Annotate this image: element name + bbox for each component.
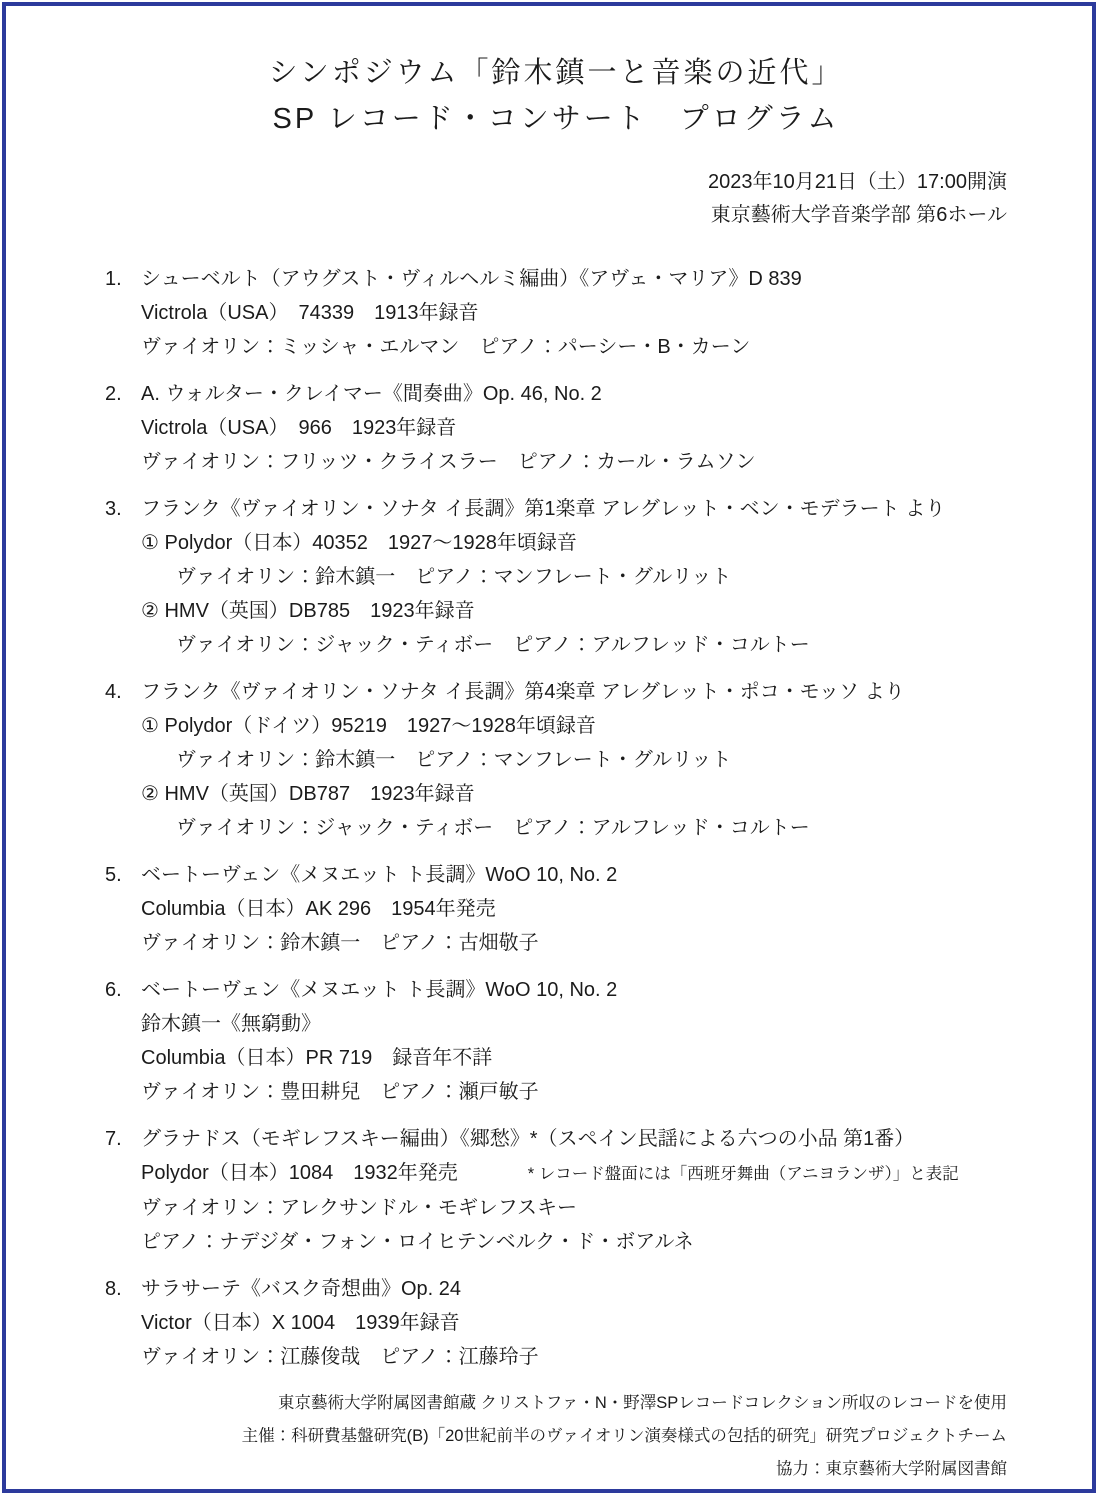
program-item-1: 1. シューベルト（アウグスト・ヴィルヘルミ編曲）《アヴェ・マリア》D 839 … [105,262,1007,364]
item-record-line-1: ① Polydor（ドイツ）95219 1927～1928年頃録音 [141,709,1007,743]
item-title: フランク《ヴァイオリン・ソナタ イ長調》第4楽章 アレグレット・ポコ・モッソ よ… [141,675,905,709]
item-title-line: 8. サラサーテ《バスク奇想曲》Op. 24 [105,1272,1007,1306]
item-record-line-2: ② HMV（英国）DB785 1923年録音 [141,594,1007,628]
document-title: シンポジウム「鈴木鎮一と音楽の近代」 SP レコード・コンサート プログラム [95,50,1017,142]
program-item-6: 6. ベートーヴェン《メヌエット ト長調》WoO 10, No. 2 鈴木鎮一《… [105,973,1007,1109]
item-number: 5. [105,858,141,892]
item-title: サラサーテ《バスク奇想曲》Op. 24 [141,1272,461,1306]
item-number: 7. [105,1122,141,1156]
program-item-4: 4. フランク《ヴァイオリン・ソナタ イ長調》第4楽章 アレグレット・ポコ・モッ… [105,675,1007,845]
footer-cooperation-note: 協力：東京藝術大学附属図書館 [105,1453,1007,1486]
program-list: 1. シューベルト（アウグスト・ヴィルヘルミ編曲）《アヴェ・マリア》D 839 … [105,262,1007,1374]
document-title-line2: SP レコード・コンサート プログラム [273,103,840,135]
item-record-line: Polydor（日本）1084 1932年発売 * レコード盤面には「西班牙舞曲… [141,1156,1007,1191]
item-title: グラナドス（モギレフスキー編曲）《郷愁》*（スペイン民謡による六つの小品 第1番… [141,1122,914,1156]
item-performers-line: ヴァイオリン：豊田耕兒 ピアノ：瀬戸敏子 [141,1075,1007,1109]
item-title: A. ウォルター・クレイマー《間奏曲》Op. 46, No. 2 [141,377,602,411]
item-performers-line-2: ヴァイオリン：ジャック・ティボー ピアノ：アルフレッド・コルトー [176,628,1007,662]
item-title: ベートーヴェン《メヌエット ト長調》WoO 10, No. 2 [141,858,617,892]
item-number: 1. [105,262,141,296]
item-subtitle-line: 鈴木鎮一《無窮動》 [141,1007,1007,1041]
item-record-line: Columbia（日本）PR 719 録音年不詳 [141,1041,1007,1075]
concert-program-page: シンポジウム「鈴木鎮一と音楽の近代」 SP レコード・コンサート プログラム 2… [0,0,1102,1500]
item-title: ベートーヴェン《メヌエット ト長調》WoO 10, No. 2 [141,973,617,1007]
program-item-8: 8. サラサーテ《バスク奇想曲》Op. 24 Victor（日本）X 1004 … [105,1272,1007,1374]
item-performers-line-1: ヴァイオリン：鈴木鎮一 ピアノ：マンフレート・グルリット [176,743,1007,777]
item-performers-line: ヴァイオリン：鈴木鎮一 ピアノ：古畑敬子 [141,926,1007,960]
item-performers-line-1: ヴァイオリン：鈴木鎮一 ピアノ：マンフレート・グルリット [176,560,1007,594]
item-performers-line: ヴァイオリン：ミッシャ・エルマン ピアノ：パーシー・B・カーン [141,330,1007,364]
item-title-line: 6. ベートーヴェン《メヌエット ト長調》WoO 10, No. 2 [105,973,1007,1007]
item-footnote: * レコード盤面には「西班牙舞曲（アニヨランザ）」と表記 [528,1157,959,1191]
item-title-line: 3. フランク《ヴァイオリン・ソナタ イ長調》第1楽章 アレグレット・ベン・モデ… [105,492,1007,526]
item-title-line: 1. シューベルト（アウグスト・ヴィルヘルミ編曲）《アヴェ・マリア》D 839 [105,262,1007,296]
program-item-3: 3. フランク《ヴァイオリン・ソナタ イ長調》第1楽章 アレグレット・ベン・モデ… [105,492,1007,662]
item-record-line: Columbia（日本）AK 296 1954年発売 [141,892,1007,926]
item-performers-line: ヴァイオリン：フリッツ・クライスラー ピアノ：カール・ラムソン [141,445,1007,479]
event-info: 2023年10月21日（土）17:00開演 東京藝術大学音楽学部 第6ホール [105,166,1007,232]
item-performers-line: ヴァイオリン：江藤俊哉 ピアノ：江藤玲子 [141,1340,1007,1374]
item-number: 8. [105,1272,141,1306]
item-number: 6. [105,973,141,1007]
program-item-2: 2. A. ウォルター・クレイマー《間奏曲》Op. 46, No. 2 Vict… [105,377,1007,479]
event-datetime: 2023年10月21日（土）17:00開演 [105,166,1007,199]
item-number: 3. [105,492,141,526]
item-performers-line-2: ヴァイオリン：ジャック・ティボー ピアノ：アルフレッド・コルトー [176,811,1007,845]
item-title: シューベルト（アウグスト・ヴィルヘルミ編曲）《アヴェ・マリア》D 839 [141,262,802,296]
item-record-line-1: ① Polydor（日本）40352 1927～1928年頃録音 [141,526,1007,560]
footer-collection-note: 東京藝術大学附属図書館蔵 クリストファ・N・野澤SPレコードコレクション所収のレ… [105,1387,1007,1420]
item-title-line: 5. ベートーヴェン《メヌエット ト長調》WoO 10, No. 2 [105,858,1007,892]
item-record-line-2: ② HMV（英国）DB787 1923年録音 [141,777,1007,811]
item-title: フランク《ヴァイオリン・ソナタ イ長調》第1楽章 アレグレット・ベン・モデラート… [141,492,945,526]
item-title-line: 7. グラナドス（モギレフスキー編曲）《郷愁》*（スペイン民謡による六つの小品 … [105,1122,1007,1156]
item-record-line: Victrola（USA） 74339 1913年録音 [141,296,1007,330]
item-piano-line: ピアノ：ナデジダ・フォン・ロイヒテンベルク・ド・ボアルネ [141,1225,1007,1259]
item-record-line: Victor（日本）X 1004 1939年録音 [141,1306,1007,1340]
document-title-line1: シンポジウム「鈴木鎮一と音楽の近代」 [269,57,844,89]
item-number: 2. [105,377,141,411]
item-record-text: Polydor（日本）1084 1932年発売 [141,1156,458,1190]
item-violin-line: ヴァイオリン：アレクサンドル・モギレフスキー [141,1191,1007,1225]
footer-organizer-note: 主催：科研費基盤研究(B)「20世紀前半のヴァイオリン演奏様式の包括的研究」研究… [105,1420,1007,1453]
event-venue: 東京藝術大学音楽学部 第6ホール [105,199,1007,232]
program-item-7: 7. グラナドス（モギレフスキー編曲）《郷愁》*（スペイン民謡による六つの小品 … [105,1122,1007,1259]
item-number: 4. [105,675,141,709]
document-footer: 東京藝術大学附属図書館蔵 クリストファ・N・野澤SPレコードコレクション所収のレ… [105,1387,1007,1486]
item-record-line: Victrola（USA） 966 1923年録音 [141,411,1007,445]
item-title-line: 4. フランク《ヴァイオリン・ソナタ イ長調》第4楽章 アレグレット・ポコ・モッ… [105,675,1007,709]
program-item-5: 5. ベートーヴェン《メヌエット ト長調》WoO 10, No. 2 Colum… [105,858,1007,960]
page-content: シンポジウム「鈴木鎮一と音楽の近代」 SP レコード・コンサート プログラム 2… [0,0,1102,1500]
item-title-line: 2. A. ウォルター・クレイマー《間奏曲》Op. 46, No. 2 [105,377,1007,411]
